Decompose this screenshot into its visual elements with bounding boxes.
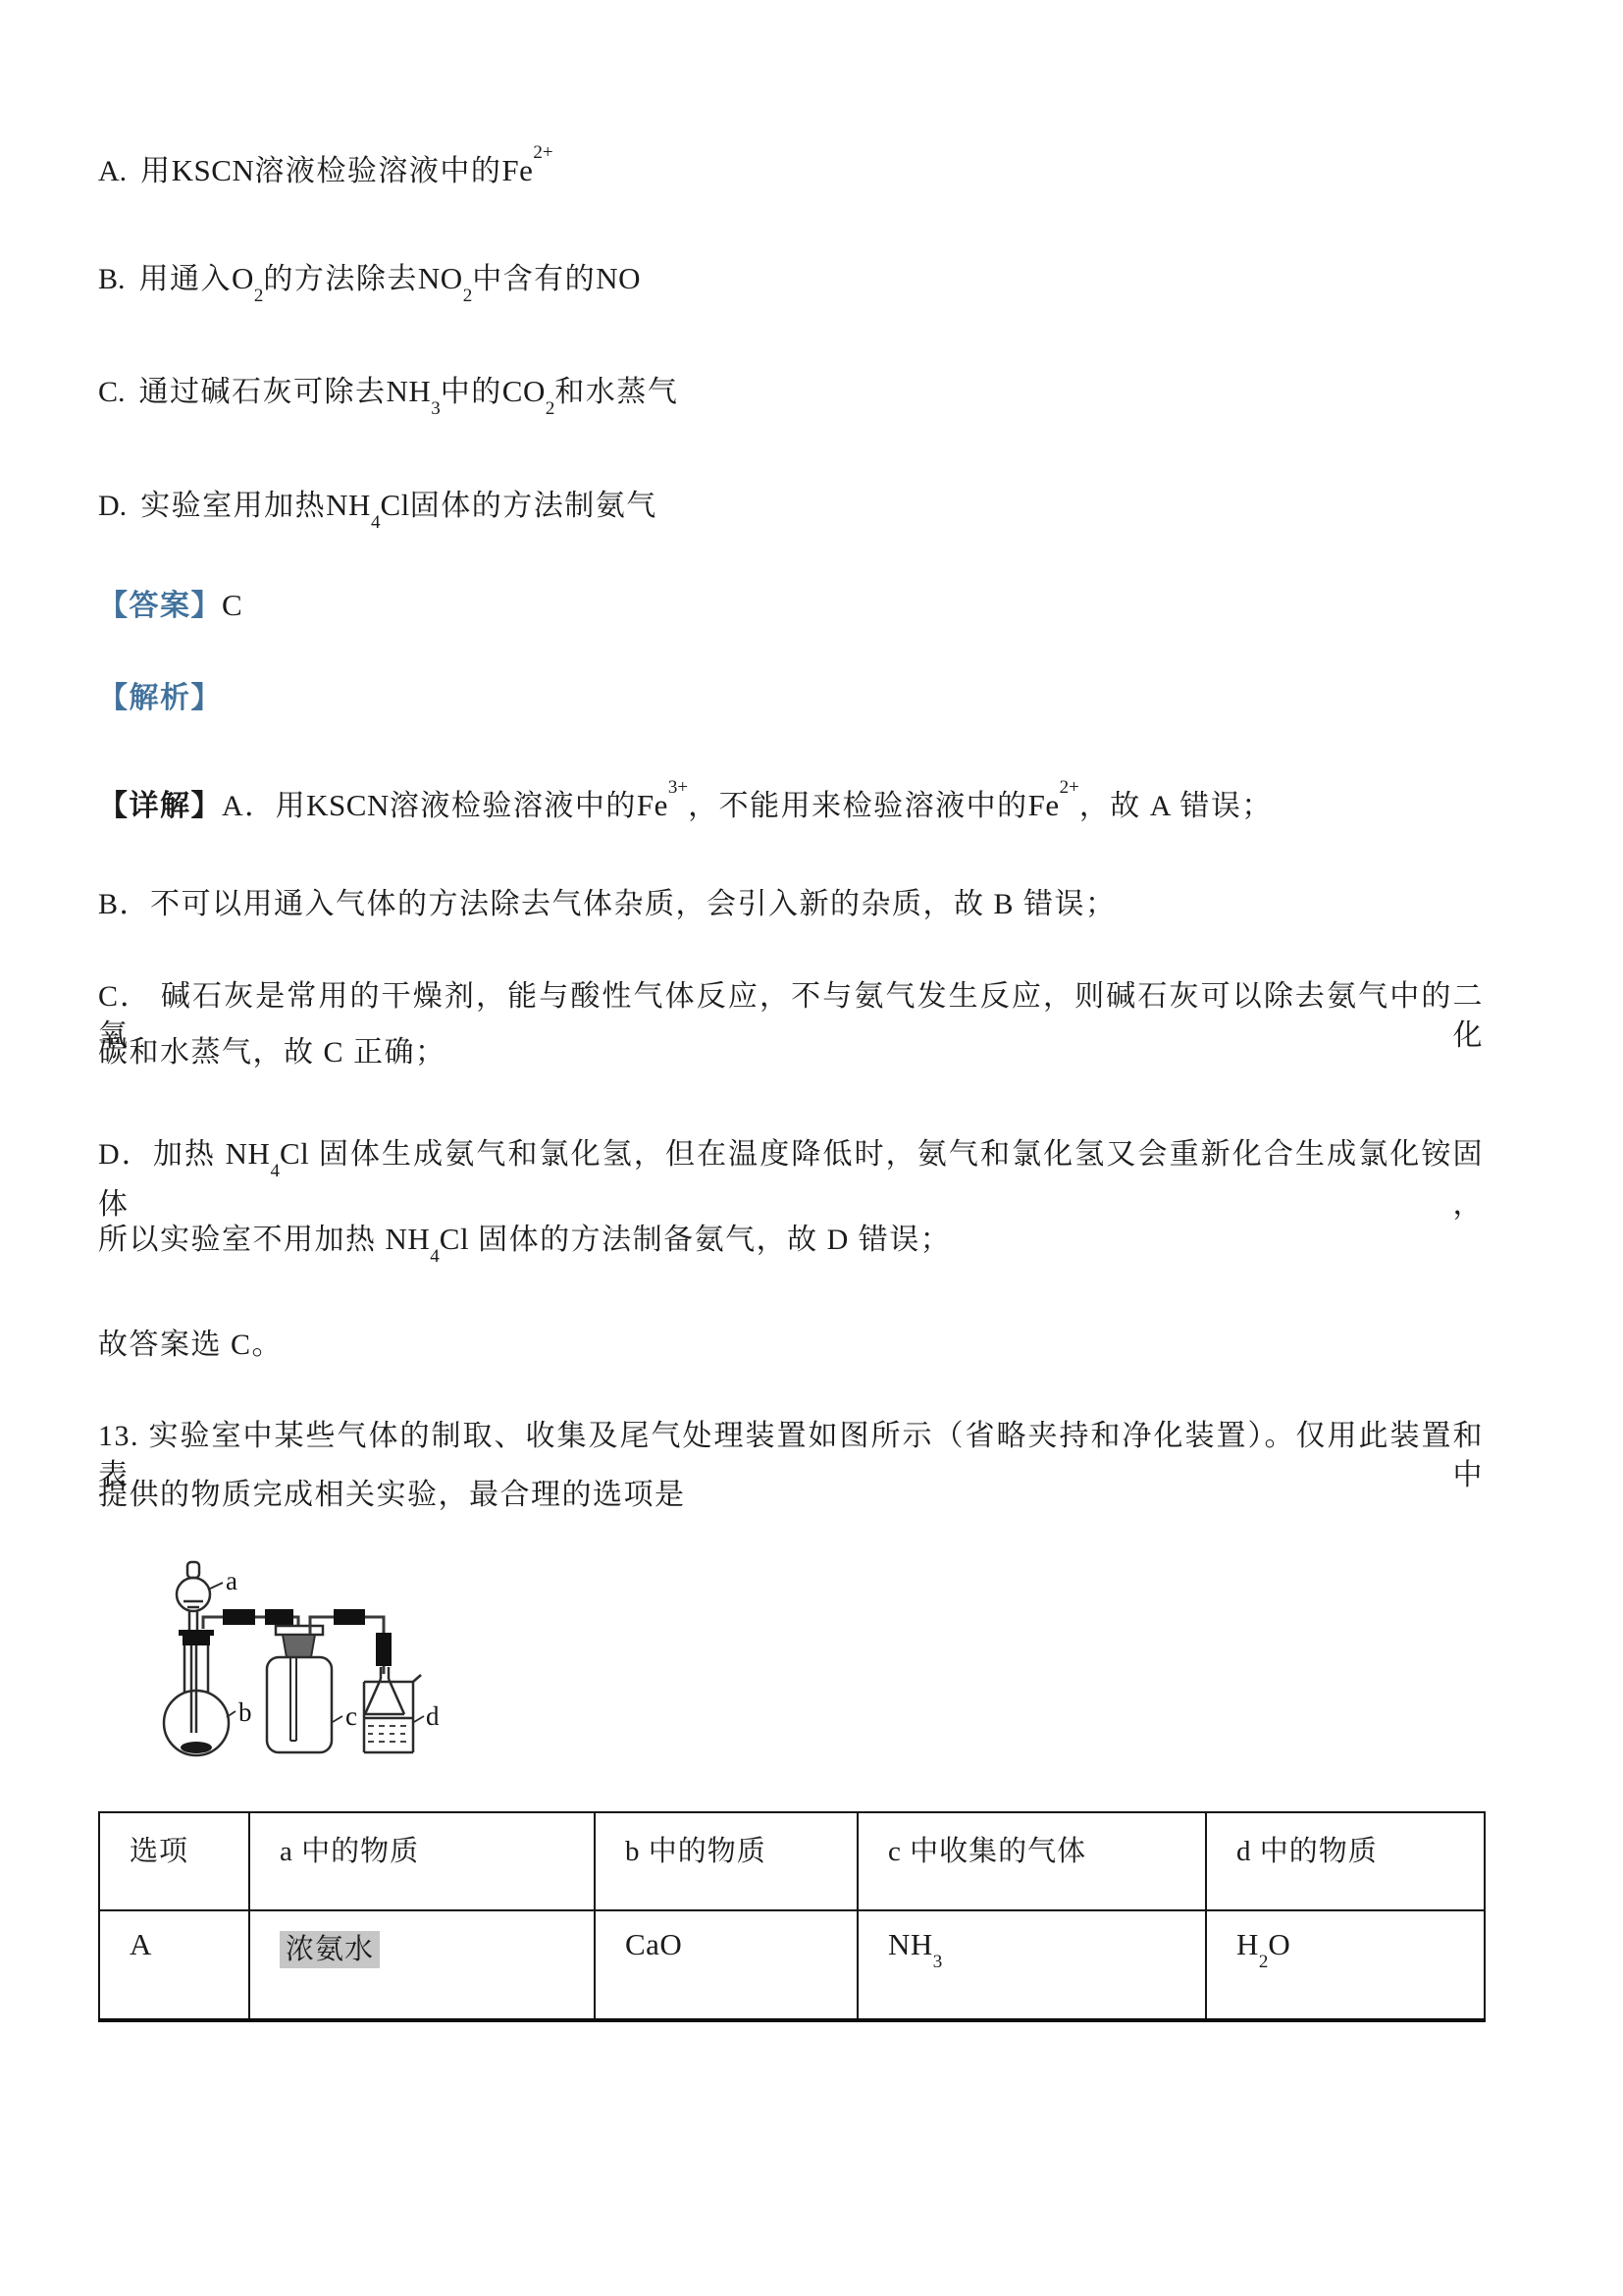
- cell-d-substance: H2O: [1206, 1910, 1485, 2020]
- detail-c-line-2: 碳和水蒸气，故 C 正确；: [98, 1033, 1484, 1074]
- dropping-funnel: [177, 1562, 210, 1632]
- option-c-line: C.通过碱石灰可除去NH3中的CO2和水蒸气: [98, 372, 1484, 413]
- gas-bottle: [267, 1626, 332, 1752]
- option-b-line: B.用通入O2的方法除去NO2中含有的NO: [98, 259, 1484, 300]
- question-13-line-1: 13. 实验室中某些气体的制取、收集及尾气处理装置如图所示（省略夹持和净化装置）…: [98, 1417, 1484, 1458]
- option-d-line: D.实验室用加热NH4Cl固体的方法制氨气: [98, 486, 1484, 527]
- round-bottom-flask: [164, 1645, 229, 1755]
- cell-c-gas: NH3: [858, 1910, 1206, 2020]
- table-row-a: A 浓氨水 CaO NH3 H2O: [99, 1910, 1485, 2020]
- document-page: A.用KSCN溶液检验溶液中的Fe2+ B.用通入O2的方法除去NO2中含有的N…: [0, 0, 1623, 2296]
- diagram-label-c: c: [345, 1701, 357, 1731]
- rubber-connector: [334, 1609, 365, 1625]
- bottle-stopper: [283, 1635, 315, 1657]
- cell-option: A: [99, 1910, 249, 2020]
- inverted-funnel: [365, 1667, 404, 1714]
- col-header-b-substance: b 中的物质: [595, 1812, 858, 1910]
- conclusion-line: 故答案选 C。: [98, 1326, 1484, 1367]
- col-header-c-gas: c 中收集的气体: [858, 1812, 1206, 1910]
- flask-stopper: [179, 1630, 214, 1645]
- col-header-d-substance: d 中的物质: [1206, 1812, 1485, 1910]
- rubber-connector: [376, 1633, 392, 1666]
- detail-a-line: 【详解】A．用KSCN溶液检验溶液中的Fe3+，不能用来检验溶液中的Fe2+，故…: [98, 780, 1484, 821]
- detail-c-line-1: C． 碱石灰是常用的干燥剂，能与酸性气体反应，不与氨气发生反应，则碱石灰可以除去…: [98, 977, 1484, 1018]
- diagram-label-b: b: [238, 1697, 252, 1727]
- option-a-line: A.用KSCN溶液检验溶液中的Fe2+: [98, 145, 1484, 186]
- cell-b-substance: CaO: [595, 1910, 858, 2020]
- flask-solid-reagent: [181, 1742, 212, 1753]
- rubber-connector: [265, 1609, 293, 1625]
- col-header-option: 选项: [99, 1812, 249, 1910]
- analysis-label: 【解析】: [98, 679, 1484, 720]
- reagents-table: 选项 a 中的物质 b 中的物质 c 中收集的气体 d 中的物质 A 浓氨水 C…: [98, 1811, 1486, 2022]
- apparatus-diagram: a b c d: [98, 1539, 491, 1789]
- col-header-a-substance: a 中的物质: [249, 1812, 595, 1910]
- diagram-label-a: a: [226, 1566, 237, 1595]
- answer-line: 【答案】C: [98, 586, 1484, 627]
- cell-a-substance: 浓氨水: [249, 1910, 595, 2020]
- table-header-row: 选项 a 中的物质 b 中的物质 c 中收集的气体 d 中的物质: [99, 1812, 1485, 1910]
- detail-b-line: B．不可以用通入气体的方法除去气体杂质，会引入新的杂质，故 B 错误；: [98, 885, 1484, 926]
- question-13-line-2: 提供的物质完成相关实验，最合理的选项是: [98, 1476, 1484, 1517]
- diagram-label-d: d: [426, 1701, 440, 1731]
- detail-d-line-1: D．加热 NH4Cl 固体生成氨气和氯化氢，但在温度降低时，氨气和氯化氢又会重新…: [98, 1134, 1484, 1175]
- detail-d-line-2: 所以实验室不用加热 NH4Cl 固体的方法制备氨气，故 D 错误；: [98, 1220, 1484, 1261]
- rubber-connector: [223, 1609, 255, 1625]
